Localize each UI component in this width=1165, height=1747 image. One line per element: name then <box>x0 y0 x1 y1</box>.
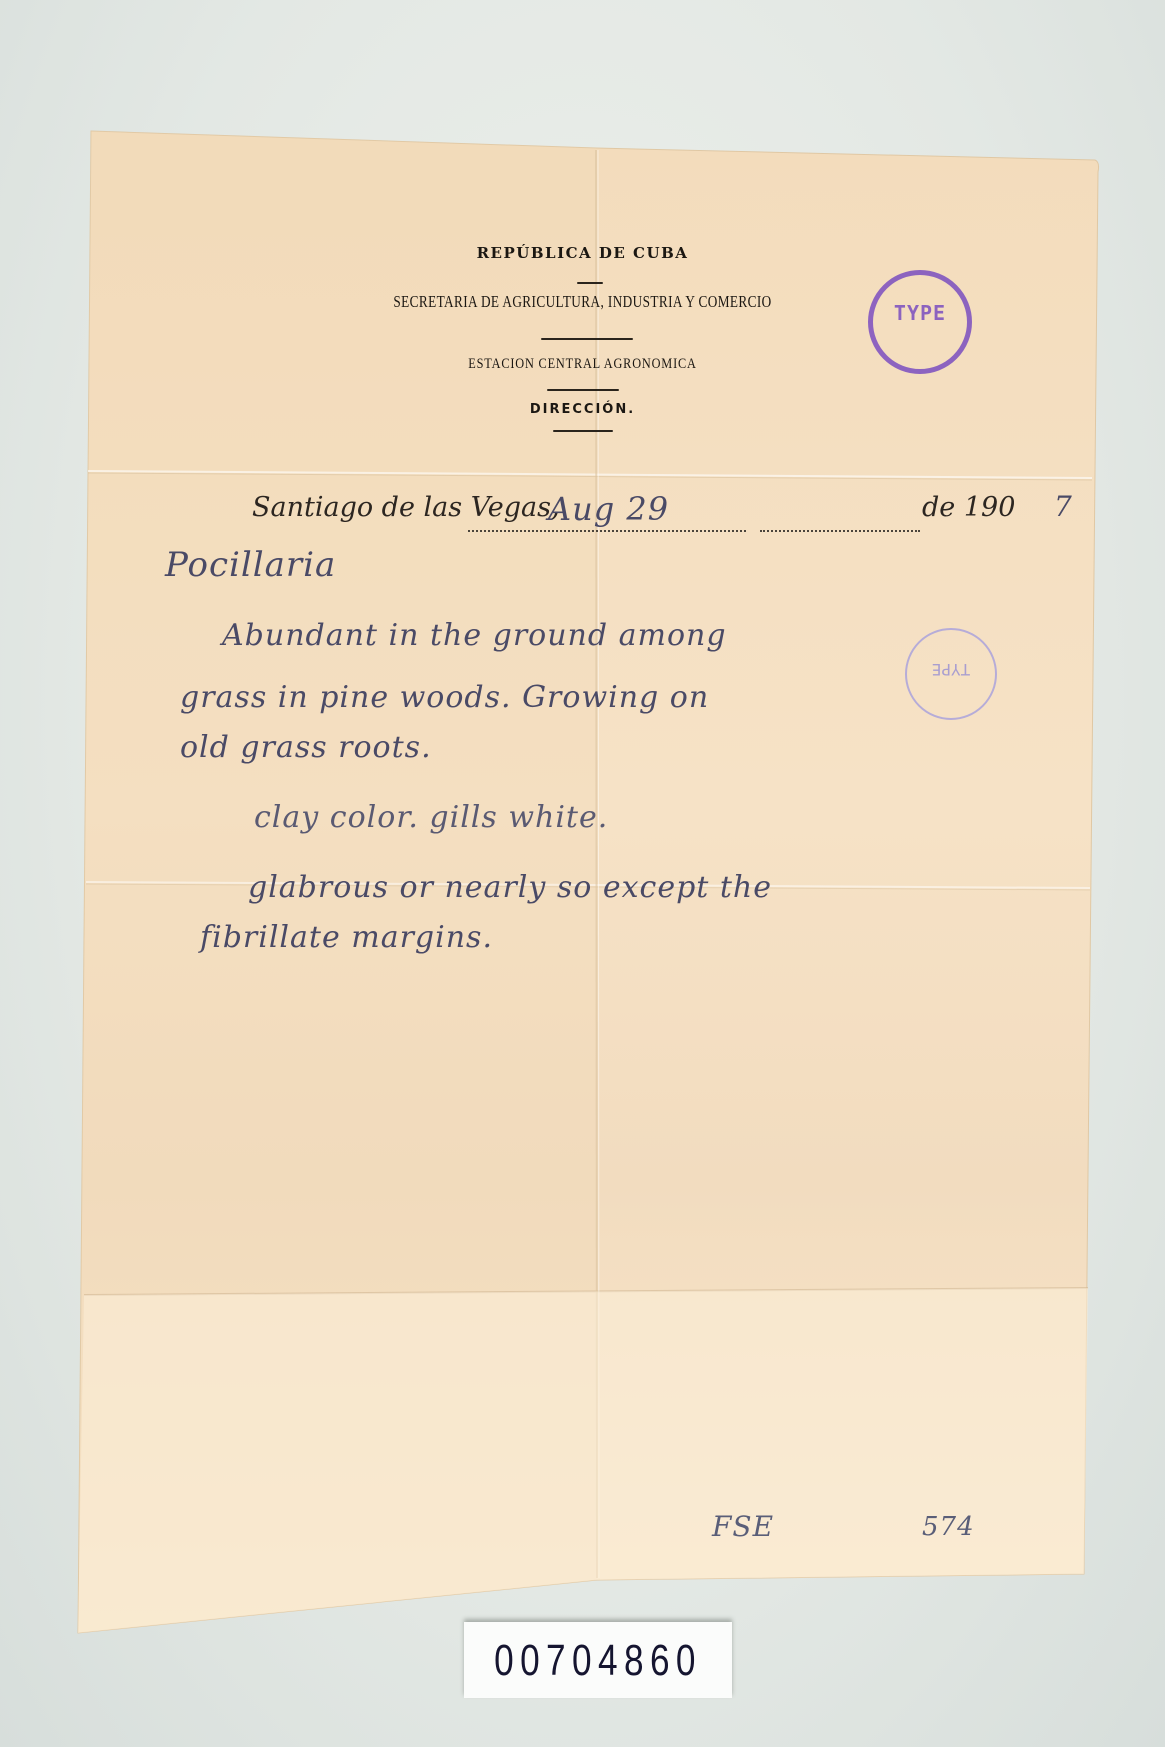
date-fill-line <box>468 530 746 532</box>
note-line: glabrous or nearly so except the <box>248 870 772 905</box>
letterhead-country: REPÚBLICA DE CUBA <box>0 244 1165 262</box>
dateline-place: Santiago de las Vegas, <box>252 492 560 523</box>
type-stamp: TYPE <box>868 270 972 374</box>
divider-rule <box>541 338 633 340</box>
date-fill-line <box>760 530 920 532</box>
stamp-ghost-text: TYPE <box>907 660 995 679</box>
note-line: old grass roots. <box>180 730 432 765</box>
dateline-year-handwritten: 7 <box>1054 490 1073 523</box>
stamp-text: TYPE <box>873 301 967 325</box>
catalog-label: 00704860 <box>464 1622 732 1698</box>
divider-rule <box>547 389 619 391</box>
note-line: grass in pine woods. Growing on <box>180 680 709 715</box>
collection-number: 574 <box>922 1512 975 1542</box>
note-line: Abundant in the ground among <box>222 618 727 653</box>
catalog-number: 00704860 <box>491 1636 705 1686</box>
collector-initials: FSE <box>712 1510 774 1543</box>
dateline-year-prefix: de 190 <box>922 492 1015 523</box>
divider-rule <box>553 430 613 432</box>
type-stamp-offset-ghost: TYPE <box>905 628 997 720</box>
letterhead-office: DIRECCIÓN. <box>0 402 1165 417</box>
divider-rule <box>577 282 603 284</box>
note-genus: Pocillaria <box>165 545 336 585</box>
note-line: fibrillate margins. <box>200 920 493 955</box>
dateline-date-handwritten: Aug 29 <box>548 490 669 528</box>
note-line: clay color. gills white. <box>254 800 608 835</box>
